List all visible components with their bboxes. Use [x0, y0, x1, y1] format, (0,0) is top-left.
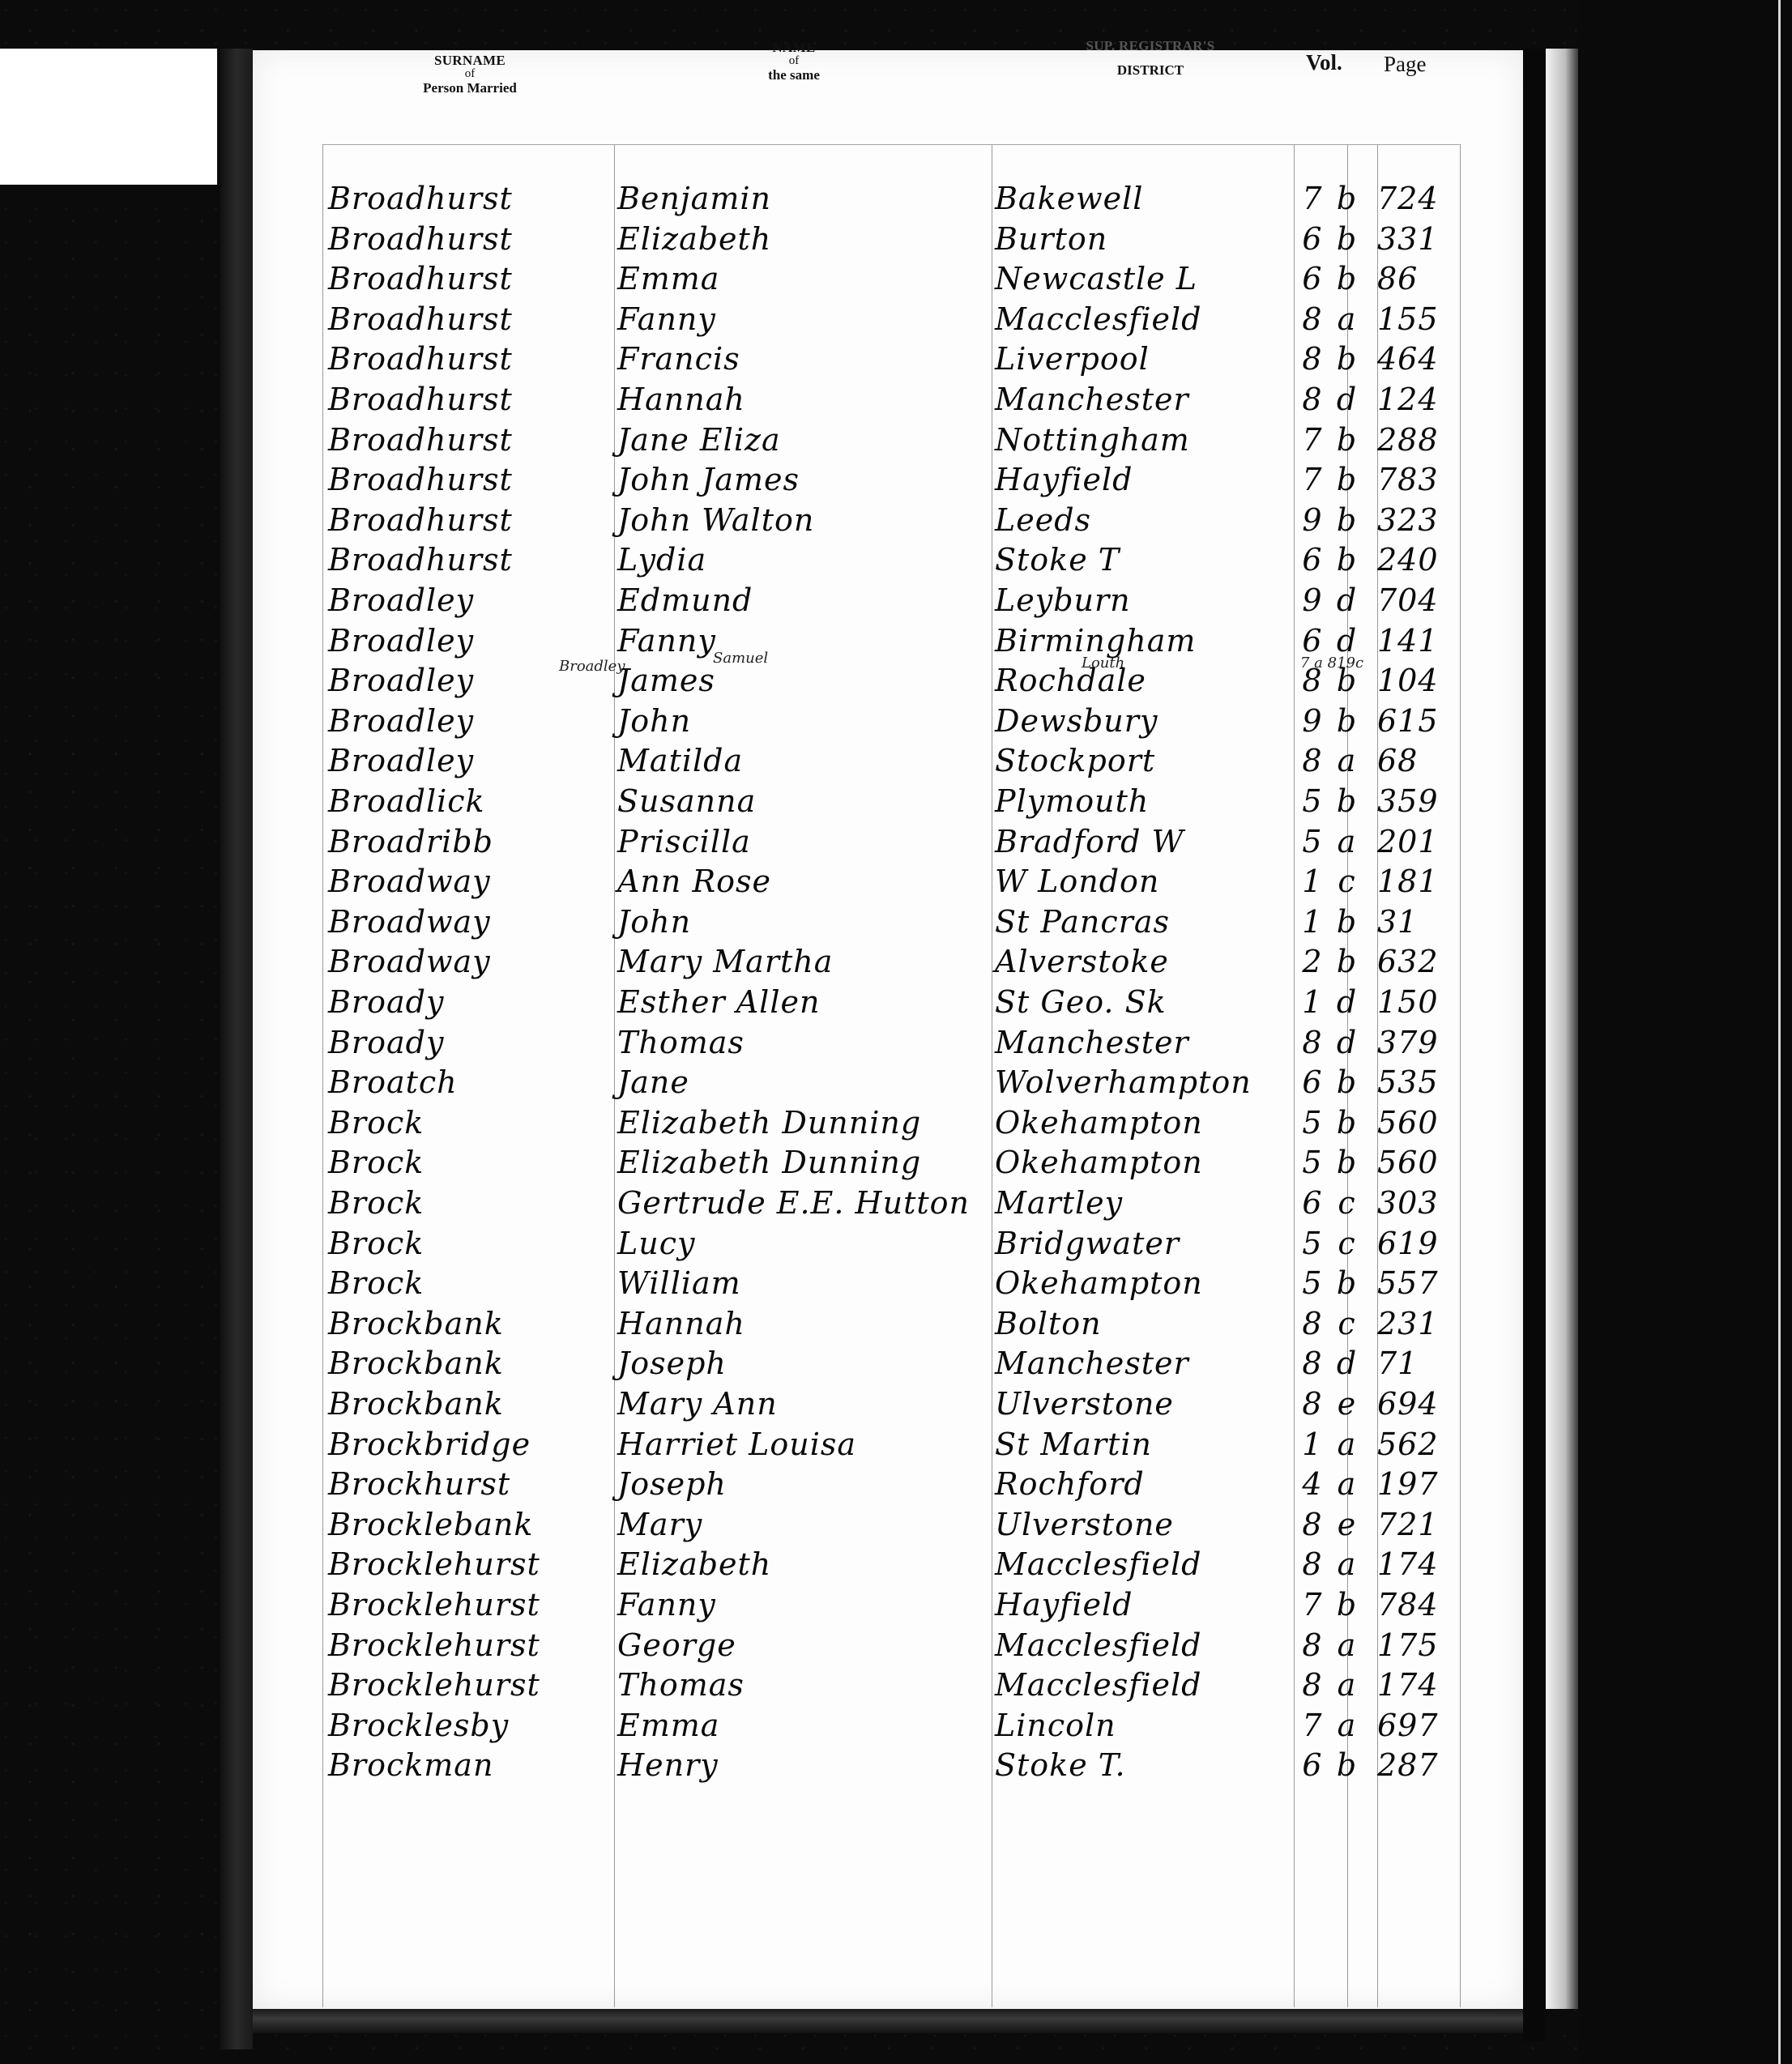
table-row: BroatchJaneWolverhampton6b535 — [0, 1062, 1792, 1102]
vol-letter-cell: d — [1329, 982, 1365, 1022]
district-cell: Burton — [995, 219, 1107, 259]
table-row: BroadhurstElizabethBurton6b331 — [0, 219, 1792, 259]
page-cell: 557 — [1377, 1263, 1458, 1303]
name-cell: Hannah — [617, 1303, 745, 1344]
table-row: BroadleyJohnDewsbury9b615 — [0, 701, 1792, 741]
surname-cell: Brock — [328, 1102, 424, 1143]
page-cell: 359 — [1377, 781, 1458, 821]
header-name: NAME of the same — [713, 41, 875, 82]
table-row: BroadhurstFannyMacclesfield8a155 — [0, 299, 1792, 339]
page-cell: 704 — [1377, 580, 1458, 620]
table-row: BrocklehurstThomasMacclesfield8a174 — [0, 1665, 1792, 1705]
name-cell: Jane Eliza — [617, 420, 781, 460]
table-row: BrockmanHenryStoke T.6b287 — [0, 1745, 1792, 1785]
vol-letter-cell: d — [1329, 379, 1365, 420]
surname-cell: Broady — [328, 982, 444, 1022]
surname-cell: Broadhurst — [328, 420, 513, 460]
district-cell: Ulverstone — [995, 1504, 1174, 1545]
vol-letter-cell: b — [1329, 781, 1365, 821]
name-cell: Elizabeth Dunning — [617, 1102, 921, 1143]
vol-cell: 7 — [1296, 459, 1329, 500]
page-cell: 619 — [1377, 1223, 1458, 1264]
table-row: BroadhurstJane ElizaNottingham7b288 — [0, 420, 1792, 460]
district-cell: Liverpool — [995, 339, 1150, 379]
vol-cell: 8 — [1296, 379, 1329, 420]
table-row: BroadyThomasManchester8d379 — [0, 1022, 1792, 1063]
page-cell: 331 — [1377, 219, 1458, 259]
district-cell: Macclesfield — [995, 299, 1201, 339]
vol-letter-cell: b — [1329, 500, 1365, 540]
name-cell: Fanny — [617, 620, 716, 661]
vol-letter-cell: a — [1329, 1705, 1365, 1746]
vol-cell: 6 — [1296, 620, 1329, 661]
page-cell: 31 — [1377, 902, 1458, 942]
district-cell: Birmingham — [995, 620, 1196, 661]
district-cell: Okehampton — [995, 1142, 1203, 1183]
page-cell: 560 — [1377, 1142, 1458, 1183]
district-cell: Leyburn — [995, 580, 1131, 620]
surname-cell: Broadley — [328, 580, 474, 620]
district-cell: Plymouth — [995, 781, 1149, 821]
district-cell: Macclesfield — [995, 1665, 1201, 1705]
vol-cell: 8 — [1296, 1504, 1329, 1545]
name-cell: John Walton — [617, 500, 814, 540]
district-cell: Martley — [995, 1183, 1123, 1223]
name-cell: Hannah — [617, 379, 745, 420]
district-cell: Macclesfield — [995, 1544, 1201, 1584]
table-row: BrocklehurstElizabethMacclesfield8a174 — [0, 1544, 1792, 1584]
name-cell: Fanny — [617, 1584, 716, 1625]
page-cell: 464 — [1377, 339, 1458, 379]
vol-letter-cell: b — [1329, 258, 1365, 299]
district-cell: Rochdale — [995, 660, 1146, 701]
vol-letter-cell: b — [1329, 941, 1365, 982]
name-cell: Fanny — [617, 299, 716, 339]
vol-cell: 2 — [1296, 941, 1329, 982]
surname-cell: Broady — [328, 1022, 444, 1063]
district-cell: Stoke T. — [995, 1745, 1126, 1785]
table-row: BroadleyEdmundLeyburn9d704 — [0, 580, 1792, 620]
district-cell: Leeds — [995, 500, 1091, 540]
vol-letter-cell: b — [1329, 178, 1365, 219]
table-row: BroadwayAnn RoseW London1c181 — [0, 861, 1792, 902]
page-cell: 288 — [1377, 420, 1458, 460]
vol-cell: 8 — [1296, 1343, 1329, 1384]
vol-cell: 1 — [1296, 902, 1329, 942]
table-row: BroadhurstBenjaminBakewell7b724 — [0, 178, 1792, 219]
vol-letter-cell: a — [1329, 821, 1365, 862]
vol-letter-cell: e — [1329, 1504, 1365, 1545]
white-label-tab — [0, 49, 217, 185]
name-cell: Mary Ann — [617, 1384, 778, 1424]
district-cell: Bradford W — [995, 821, 1184, 862]
page-cell: 724 — [1377, 178, 1458, 219]
district-cell: Alverstoke — [995, 941, 1169, 982]
page-cell: 68 — [1377, 740, 1458, 781]
page-cell: 615 — [1377, 701, 1458, 741]
page-cell: 783 — [1377, 459, 1458, 500]
table-row: BrockElizabeth DunningOkehampton5b560 — [0, 1102, 1792, 1143]
vol-cell: 7 — [1296, 178, 1329, 219]
page-cell: 240 — [1377, 539, 1458, 580]
district-cell: Hayfield — [995, 459, 1133, 500]
page-cell: 694 — [1377, 1384, 1458, 1424]
page-cell: 784 — [1377, 1584, 1458, 1625]
vol-cell: 5 — [1296, 1102, 1329, 1143]
vol-letter-cell: c — [1329, 861, 1365, 902]
table-row: BroadhurstJohn JamesHayfield7b783 — [0, 459, 1792, 500]
table-row: BrockhurstJosephRochford4a197 — [0, 1464, 1792, 1504]
table-row: BroadhurstFrancisLiverpool8b464 — [0, 339, 1792, 379]
surname-cell: Broadley — [328, 740, 474, 781]
surname-cell: Broadhurst — [328, 500, 513, 540]
name-cell: Emma — [617, 1705, 719, 1746]
vol-cell: 6 — [1296, 258, 1329, 299]
district-cell: Bridgwater — [995, 1223, 1180, 1264]
vol-letter-cell: d — [1329, 1022, 1365, 1063]
header-district: SUP. REGISTRAR'S DISTRICT — [1037, 39, 1264, 78]
vol-letter-cell: c — [1329, 1303, 1365, 1344]
surname-cell: Broadley — [328, 701, 474, 741]
surname-cell: Brocklehurst — [328, 1544, 540, 1584]
name-cell: John — [617, 701, 691, 741]
district-cell: St Pancras — [995, 902, 1170, 942]
vol-letter-cell: b — [1329, 420, 1365, 460]
vol-cell: 8 — [1296, 1665, 1329, 1705]
page-cell: 632 — [1377, 941, 1458, 982]
surname-cell: Broadribb — [328, 821, 493, 862]
name-cell: Elizabeth Dunning — [617, 1142, 921, 1183]
surname-cell: Brockbank — [328, 1303, 504, 1344]
name-cell: John — [617, 902, 691, 942]
table-row: BrockWilliamOkehampton5b557 — [0, 1263, 1792, 1303]
vol-cell: 7 — [1296, 420, 1329, 460]
vol-cell: 5 — [1296, 1142, 1329, 1183]
page-cell: 150 — [1377, 982, 1458, 1022]
vol-cell: 7 — [1296, 1705, 1329, 1746]
vol-letter-cell: d — [1329, 580, 1365, 620]
table-row: BrockbankMary AnnUlverstone8e694 — [0, 1384, 1792, 1424]
vol-letter-cell: a — [1329, 740, 1365, 781]
table-row: BroadribbPriscillaBradford W5a201 — [0, 821, 1792, 862]
district-cell: St Geo. Sk — [995, 982, 1167, 1022]
header-rule — [322, 144, 1461, 145]
table-row: BroadleyMatildaStockport8a68 — [0, 740, 1792, 781]
vol-letter-cell: b — [1329, 1584, 1365, 1625]
table-row: BrockLucyBridgwater5c619 — [0, 1223, 1792, 1264]
vol-letter-cell: e — [1329, 1384, 1365, 1424]
vol-letter-cell: c — [1329, 1183, 1365, 1223]
header-surname: SURNAME of Person Married — [373, 53, 567, 95]
name-cell: Edmund — [617, 580, 753, 620]
vol-cell: 7 — [1296, 1584, 1329, 1625]
surname-cell: Brocklehurst — [328, 1625, 540, 1665]
vol-letter-cell: b — [1329, 902, 1365, 942]
surname-cell: Broadhurst — [328, 258, 513, 299]
district-cell: Lincoln — [995, 1705, 1116, 1746]
surname-cell: Brocklehurst — [328, 1665, 540, 1705]
surname-cell: Brockman — [328, 1745, 493, 1785]
name-cell: Joseph — [617, 1464, 727, 1504]
vol-cell: 8 — [1296, 1544, 1329, 1584]
surname-cell: Broadley — [328, 660, 474, 701]
vol-cell: 6 — [1296, 219, 1329, 259]
vol-letter-cell: b — [1329, 339, 1365, 379]
name-cell: Mary Martha — [617, 941, 833, 982]
header-vol: Vol. — [1306, 50, 1342, 75]
vol-cell: 5 — [1296, 1223, 1329, 1264]
vol-cell: 9 — [1296, 580, 1329, 620]
page-cell: 323 — [1377, 500, 1458, 540]
surname-cell: Brock — [328, 1183, 424, 1223]
name-cell: Susanna — [617, 781, 756, 821]
page-cell: 535 — [1377, 1062, 1458, 1102]
vol-letter-cell: a — [1329, 1625, 1365, 1665]
vol-cell: 4 — [1296, 1464, 1329, 1504]
surname-cell: Brocklebank — [328, 1504, 533, 1545]
table-row: BroadleyFannyBirmingham6d141 — [0, 620, 1792, 661]
name-cell: Priscilla — [617, 821, 751, 862]
name-cell: Francis — [617, 339, 740, 379]
page-cell: 174 — [1377, 1544, 1458, 1584]
vol-letter-cell: a — [1329, 1424, 1365, 1465]
page-cell: 141 — [1377, 620, 1458, 661]
vol-cell: 5 — [1296, 1263, 1329, 1303]
name-cell: Mary — [617, 1504, 702, 1545]
district-cell: Stoke T — [995, 539, 1120, 580]
table-row: BrockbankHannahBolton8c231 — [0, 1303, 1792, 1344]
surname-cell: Brockbank — [328, 1384, 504, 1424]
district-cell: Stockport — [995, 740, 1155, 781]
vol-cell: 8 — [1296, 1022, 1329, 1063]
vol-letter-cell: a — [1329, 299, 1365, 339]
table-row: BroadyEsther AllenSt Geo. Sk1d150 — [0, 982, 1792, 1022]
surname-cell: Brockbank — [328, 1343, 504, 1384]
surname-cell: Brockhurst — [328, 1464, 510, 1504]
district-cell: Okehampton — [995, 1263, 1203, 1303]
vol-cell: 8 — [1296, 740, 1329, 781]
table-row: BrocklesbyEmmaLincoln7a697 — [0, 1705, 1792, 1746]
vol-cell: 9 — [1296, 500, 1329, 540]
vol-cell: 5 — [1296, 781, 1329, 821]
table-row: BrocklehurstGeorgeMacclesfield8a175 — [0, 1625, 1792, 1665]
vol-letter-cell: a — [1329, 1464, 1365, 1504]
vol-letter-cell: b — [1329, 1062, 1365, 1102]
name-cell: Elizabeth — [617, 1544, 771, 1584]
table-row: BroadhurstHannahManchester8d124 — [0, 379, 1792, 420]
name-cell: Benjamin — [617, 178, 771, 219]
vol-letter-cell: b — [1329, 1263, 1365, 1303]
district-cell: Wolverhampton — [995, 1062, 1252, 1102]
vol-letter-cell: c — [1329, 1223, 1365, 1264]
page-cell: 303 — [1377, 1183, 1458, 1223]
district-cell: Manchester — [995, 1343, 1189, 1384]
vol-cell: 9 — [1296, 701, 1329, 741]
surname-cell: Broadhurst — [328, 539, 513, 580]
district-cell: Nottingham — [995, 420, 1190, 460]
surname-cell: Broadhurst — [328, 339, 513, 379]
name-cell: Emma — [617, 258, 719, 299]
table-row: BroadhurstJohn WaltonLeeds9b323 — [0, 500, 1792, 540]
page-cell: 231 — [1377, 1303, 1458, 1344]
district-cell: Okehampton — [995, 1102, 1203, 1143]
name-cell: Esther Allen — [617, 982, 820, 1022]
vol-cell: 8 — [1296, 660, 1329, 701]
name-cell: Henry — [617, 1745, 719, 1785]
name-cell: Thomas — [617, 1665, 745, 1705]
name-cell: Thomas — [617, 1022, 745, 1063]
name-cell: George — [617, 1625, 736, 1665]
vol-cell: 8 — [1296, 299, 1329, 339]
name-cell: Gertrude E.E. Hutton — [617, 1183, 970, 1223]
page-cell: 155 — [1377, 299, 1458, 339]
vol-cell: 1 — [1296, 1424, 1329, 1465]
table-row: BrockbridgeHarriet LouisaSt Martin1a562 — [0, 1424, 1792, 1465]
surname-cell: Broadway — [328, 861, 491, 902]
surname-cell: Brocklesby — [328, 1705, 509, 1746]
surname-cell: Brock — [328, 1223, 424, 1264]
vol-letter-cell: a — [1329, 1544, 1365, 1584]
vol-cell: 1 — [1296, 861, 1329, 902]
vol-letter-cell: b — [1329, 701, 1365, 741]
table-row: BroadwayJohnSt Pancras1b31 — [0, 902, 1792, 942]
district-cell: Manchester — [995, 379, 1189, 420]
surname-cell: Broadhurst — [328, 219, 513, 259]
vol-cell: 8 — [1296, 339, 1329, 379]
district-cell: St Martin — [995, 1424, 1152, 1465]
page-cell: 175 — [1377, 1625, 1458, 1665]
district-cell: W London — [995, 861, 1159, 902]
district-cell: Rochford — [995, 1464, 1145, 1504]
district-cell: Newcastle L — [995, 258, 1197, 299]
page-cell: 560 — [1377, 1102, 1458, 1143]
vol-letter-cell: b — [1329, 1745, 1365, 1785]
surname-cell: Brock — [328, 1142, 424, 1183]
table-row: BroadwayMary MarthaAlverstoke2b632 — [0, 941, 1792, 982]
surname-cell: Broadlick — [328, 781, 485, 821]
district-cell: Hayfield — [995, 1584, 1133, 1625]
vol-letter-cell: b — [1329, 539, 1365, 580]
surname-cell: Broadway — [328, 902, 491, 942]
page-cell: 86 — [1377, 258, 1458, 299]
surname-cell: Broadhurst — [328, 178, 513, 219]
table-row: BrocklebankMaryUlverstone8e721 — [0, 1504, 1792, 1545]
vol-letter-cell: b — [1329, 660, 1365, 701]
name-cell: Lydia — [617, 539, 706, 580]
surname-cell: Brockbridge — [328, 1424, 531, 1465]
district-cell: Bolton — [995, 1303, 1102, 1344]
surname-cell: Broadway — [328, 941, 491, 982]
vol-cell: 6 — [1296, 1183, 1329, 1223]
name-cell: Matilda — [617, 740, 743, 781]
vol-cell: 6 — [1296, 1062, 1329, 1102]
vol-letter-cell: b — [1329, 219, 1365, 259]
surname-cell: Broatch — [328, 1062, 458, 1102]
name-cell: Harriet Louisa — [617, 1424, 856, 1465]
vol-letter-cell: d — [1329, 1343, 1365, 1384]
name-cell: William — [617, 1263, 741, 1303]
table-row: BrockElizabeth DunningOkehampton5b560 — [0, 1142, 1792, 1183]
vol-cell: 5 — [1296, 821, 1329, 862]
table-row: BroadhurstEmmaNewcastle L6b86 — [0, 258, 1792, 299]
table-row: BroadlickSusannaPlymouth5b359 — [0, 781, 1792, 821]
name-cell: Lucy — [617, 1223, 695, 1264]
name-cell: James — [617, 660, 715, 701]
vol-letter-cell: b — [1329, 459, 1365, 500]
vol-letter-cell: d — [1329, 620, 1365, 661]
district-cell: Ulverstone — [995, 1384, 1174, 1424]
district-cell: Macclesfield — [995, 1625, 1201, 1665]
page-bottom-shadow — [253, 2009, 1523, 2033]
surname-cell: Brocklehurst — [328, 1584, 540, 1625]
name-cell: John James — [617, 459, 800, 500]
vol-cell: 1 — [1296, 982, 1329, 1022]
district-cell: Dewsbury — [995, 701, 1158, 741]
table-row: BroadleyJamesRochdale8b104 — [0, 660, 1792, 701]
surname-cell: Broadhurst — [328, 379, 513, 420]
page-cell: 562 — [1377, 1424, 1458, 1465]
table-row: BroadhurstLydiaStoke T6b240 — [0, 539, 1792, 580]
vol-cell: 8 — [1296, 1303, 1329, 1344]
page-cell: 124 — [1377, 379, 1458, 420]
surname-cell: Brock — [328, 1263, 424, 1303]
table-row: BrocklehurstFannyHayfield7b784 — [0, 1584, 1792, 1625]
page-cell: 287 — [1377, 1745, 1458, 1785]
name-cell: Jane — [617, 1062, 689, 1102]
page-cell: 697 — [1377, 1705, 1458, 1746]
table-row: BrockbankJosephManchester8d71 — [0, 1343, 1792, 1384]
page-cell: 379 — [1377, 1022, 1458, 1063]
name-cell: Elizabeth — [617, 219, 771, 259]
page-cell: 71 — [1377, 1343, 1458, 1384]
page-cell: 721 — [1377, 1504, 1458, 1545]
surname-cell: Broadhurst — [328, 299, 513, 339]
page-cell: 174 — [1377, 1665, 1458, 1705]
vol-letter-cell: a — [1329, 1665, 1365, 1705]
name-cell: Joseph — [617, 1343, 727, 1384]
page-cell: 201 — [1377, 821, 1458, 862]
name-cell: Ann Rose — [617, 861, 771, 902]
district-cell: Manchester — [995, 1022, 1189, 1063]
vol-letter-cell: b — [1329, 1102, 1365, 1143]
table-row: BrockGertrude E.E. HuttonMartley6c303 — [0, 1183, 1792, 1223]
vol-cell: 6 — [1296, 1745, 1329, 1785]
page-cell: 181 — [1377, 861, 1458, 902]
vol-cell: 8 — [1296, 1384, 1329, 1424]
surname-cell: Broadley — [328, 620, 474, 661]
vol-letter-cell: b — [1329, 1142, 1365, 1183]
vol-cell: 8 — [1296, 1625, 1329, 1665]
page-cell: 104 — [1377, 660, 1458, 701]
district-cell: Bakewell — [995, 178, 1143, 219]
vol-cell: 6 — [1296, 539, 1329, 580]
header-page: Page — [1384, 52, 1426, 77]
page-cell: 197 — [1377, 1464, 1458, 1504]
surname-cell: Broadhurst — [328, 459, 513, 500]
